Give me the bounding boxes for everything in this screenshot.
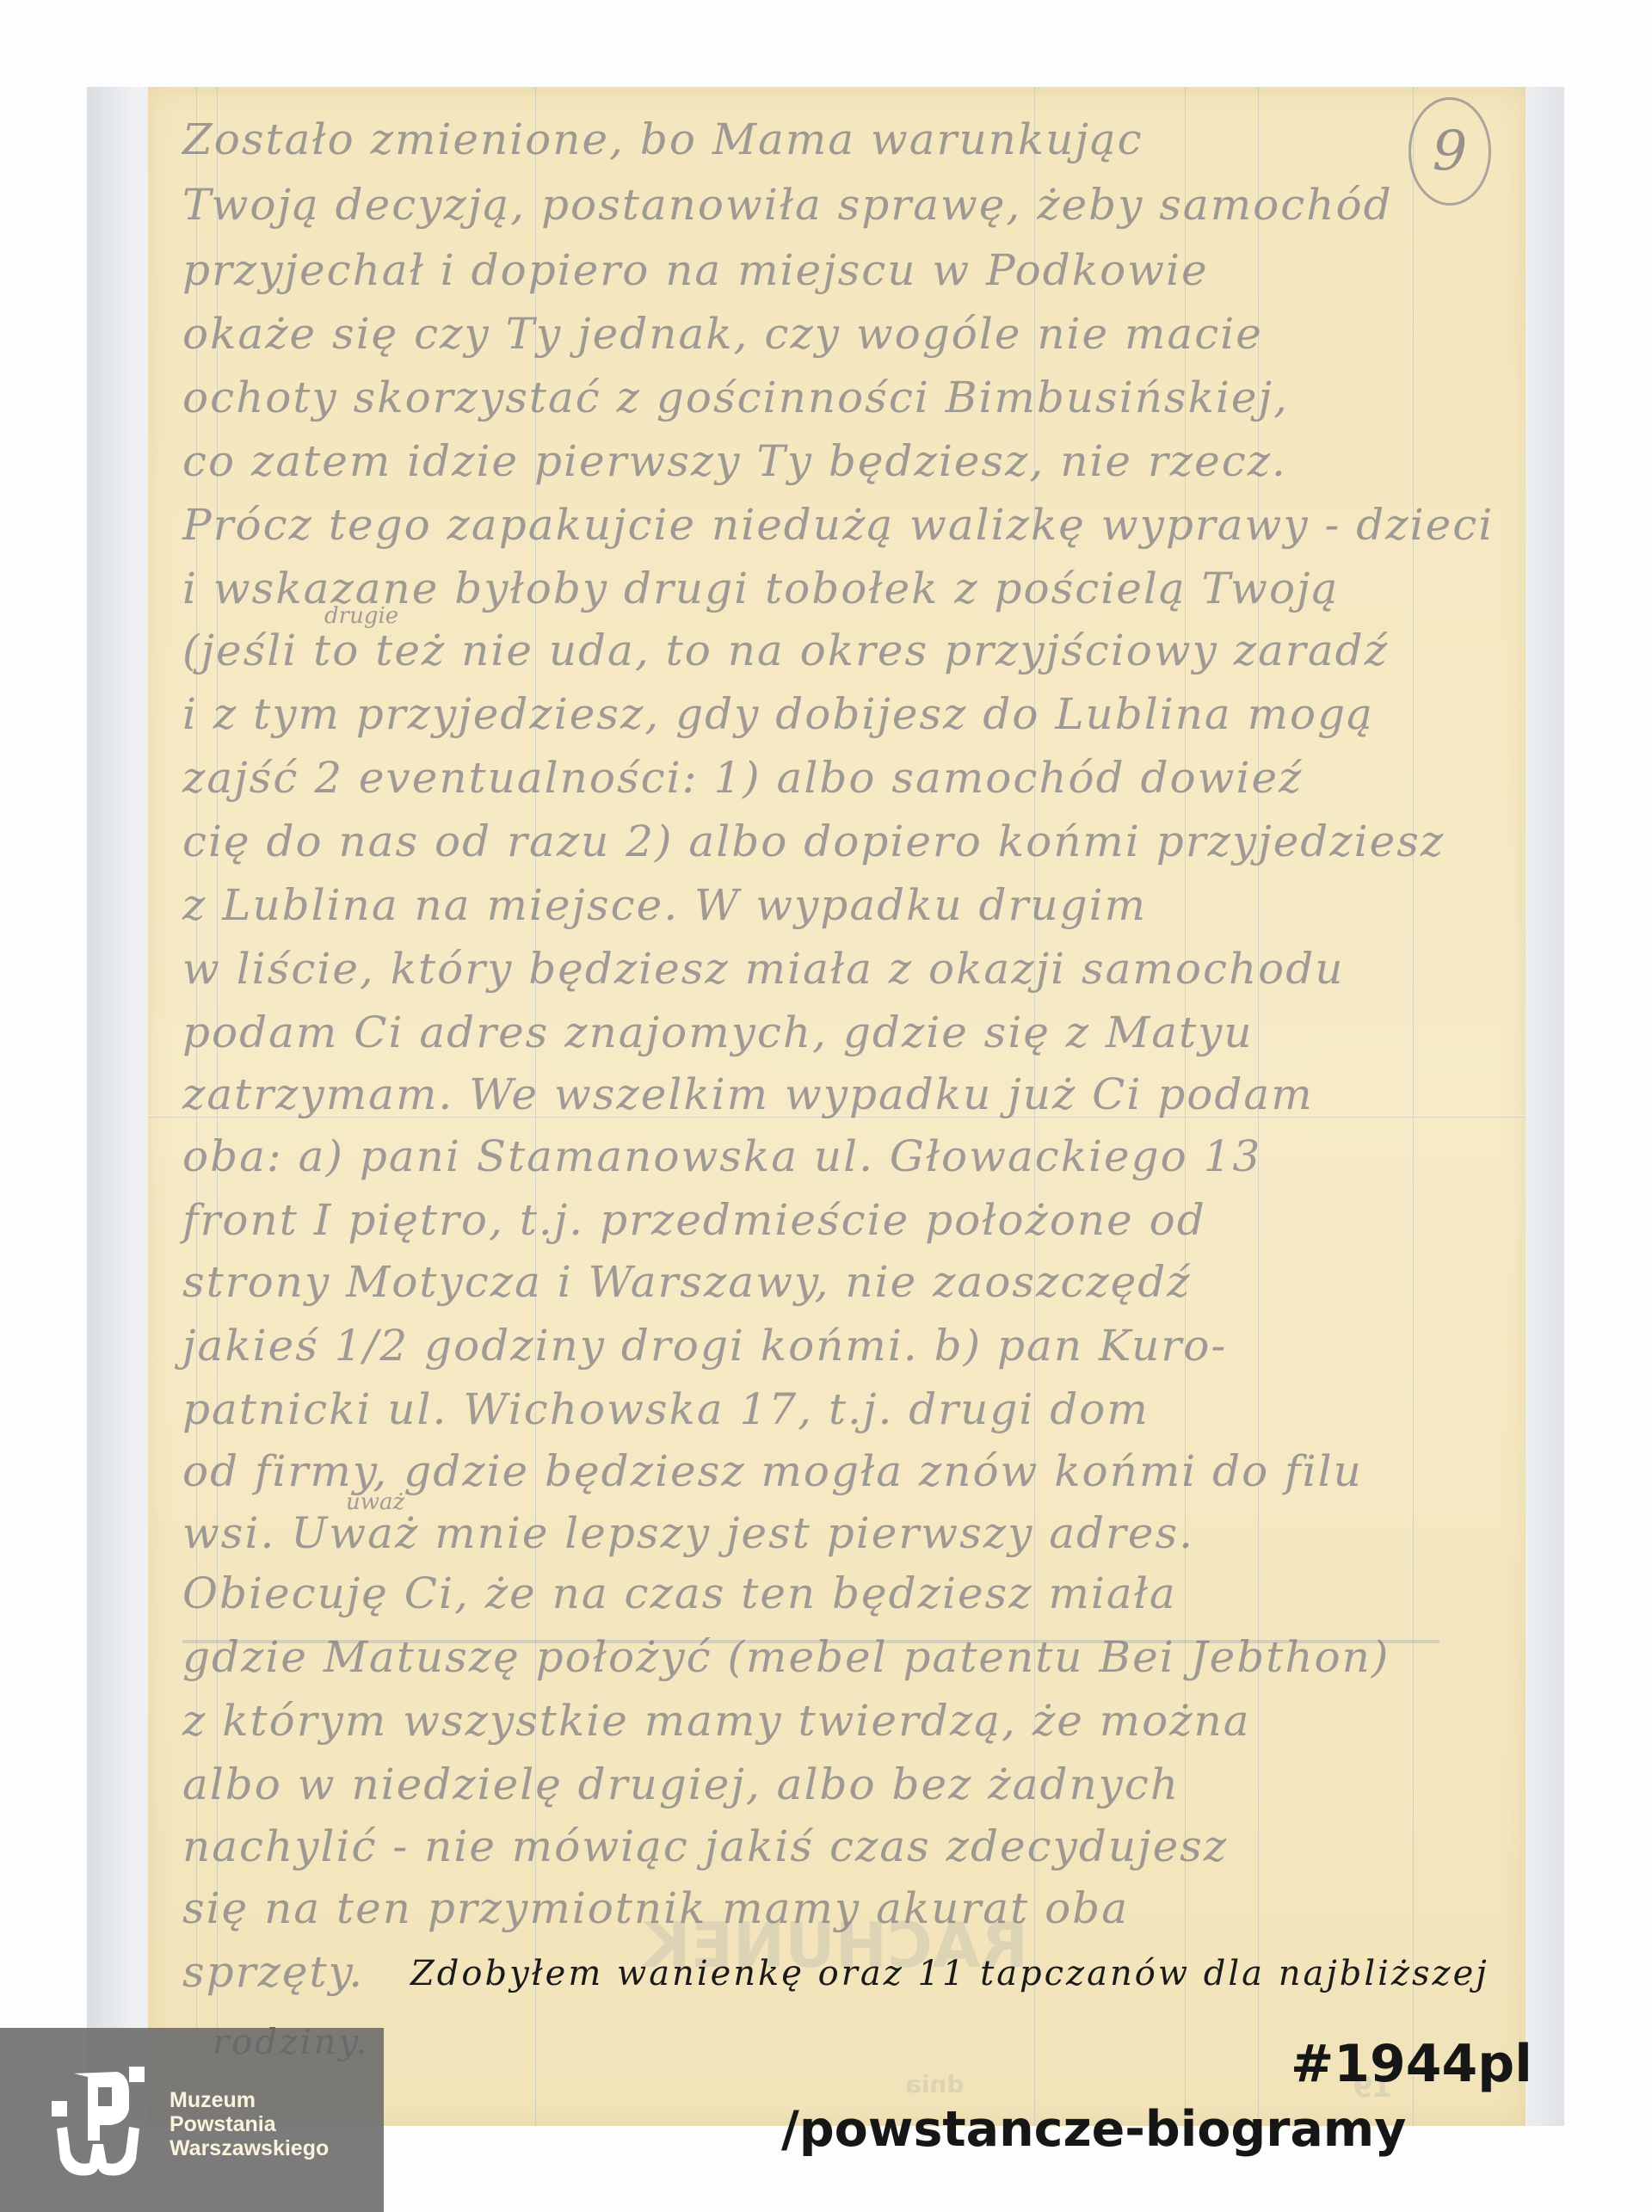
handwriting-line: cię do nas od razu 2) albo dopiero końmi… <box>182 816 1445 866</box>
handwriting-line: front I piętro, t.j. przedmieście położo… <box>182 1195 1206 1245</box>
show-through-print: dnia <box>905 2070 964 2098</box>
handwriting-line: nachylić - nie mówiąc jakiś czas zdecydu… <box>182 1821 1228 1871</box>
handwriting-line: przyjechał i dopiero na miejscu w Podkow… <box>182 245 1209 295</box>
handwriting-line: wsi. Uważ mnie lepszy jest pierwszy adre… <box>182 1508 1194 1558</box>
hashtag-label: #1944pl <box>1291 2034 1532 2094</box>
campaign-path-label: /powstancze-biogramy <box>781 2099 1406 2160</box>
museum-logo-box: Muzeum Powstania Warszawskiego <box>0 2028 384 2212</box>
handwriting-line: Prócz tego zapakujcie niedużą walizkę wy… <box>182 500 1494 550</box>
kotwica-anchor-icon <box>50 2067 153 2178</box>
handwriting-line: gdzie Matuszę położyć (mebel patentu Bei… <box>182 1632 1390 1682</box>
ink-addition: Zdobyłem wanienkę oraz 11 tapczanów dla … <box>410 1954 1489 1993</box>
handwriting-line: sprzęty. <box>182 1947 364 1997</box>
handwriting-line: patnicki ul. Wichowska 17, t.j. drugi do… <box>182 1384 1150 1434</box>
handwriting-line: zatrzymam. We wszelkim wypadku już Ci po… <box>182 1069 1314 1119</box>
handwriting-line: strony Motycza i Warszawy, nie zaoszczęd… <box>182 1257 1192 1307</box>
museum-name-line: Muzeum <box>170 2088 329 2112</box>
handwriting-line: z którym wszystkie mamy twierdzą, że moż… <box>182 1696 1251 1746</box>
page-number: 9 <box>1409 97 1491 206</box>
handwriting-line: z Lublina na miejsce. W wypadku drugim <box>182 880 1147 930</box>
handwriting-line: Obiecuję Ci, że na czas ten będziesz mia… <box>182 1568 1177 1618</box>
ruled-line <box>1413 87 1414 2126</box>
museum-name-line: Powstania <box>170 2112 329 2136</box>
handwriting-line: jakieś 1/2 godziny drogi końmi. b) pan K… <box>182 1321 1227 1371</box>
museum-name: Muzeum Powstania Warszawskiego <box>170 2088 329 2160</box>
handwriting-line: zajść 2 eventualności: 1) albo samochód … <box>182 753 1303 803</box>
handwriting-line: Zostało zmienione, bo Mama warunkując <box>182 114 1143 164</box>
handwriting-line: ochoty skorzystać z gościnności Bimbusiń… <box>182 373 1289 422</box>
handwriting-line: okaże się czy Ty jednak, czy wogóle nie … <box>182 309 1263 359</box>
handwriting-line: albo w niedzielę drugiej, albo bez żadny… <box>182 1759 1180 1809</box>
handwriting-line: (jeśli to też nie uda, to na okres przyj… <box>182 625 1389 675</box>
handwriting-line: w liście, który będziesz miała z okazji … <box>182 944 1344 994</box>
museum-name-line: Warszawskiego <box>170 2136 329 2160</box>
handwriting-line: oba: a) pani Stamanowska ul. Głowackiego… <box>182 1131 1261 1181</box>
handwriting-line: i z tym przyjedziesz, gdy dobijesz do Lu… <box>182 689 1374 739</box>
handwriting-line: się na ten przymiotnik mamy akurat oba <box>182 1883 1129 1933</box>
handwriting-line: podam Ci adres znajomych, gdzie się z Ma… <box>182 1007 1254 1057</box>
letter-page: RACHUNEK dnia 19 9 Zostało zmienione, bo… <box>148 87 1526 2126</box>
handwriting-line: Twoją decyzją, postanowiła sprawę, żeby … <box>182 180 1393 230</box>
handwriting-line: co zatem idzie pierwszy Ty będziesz, nie… <box>182 436 1287 486</box>
